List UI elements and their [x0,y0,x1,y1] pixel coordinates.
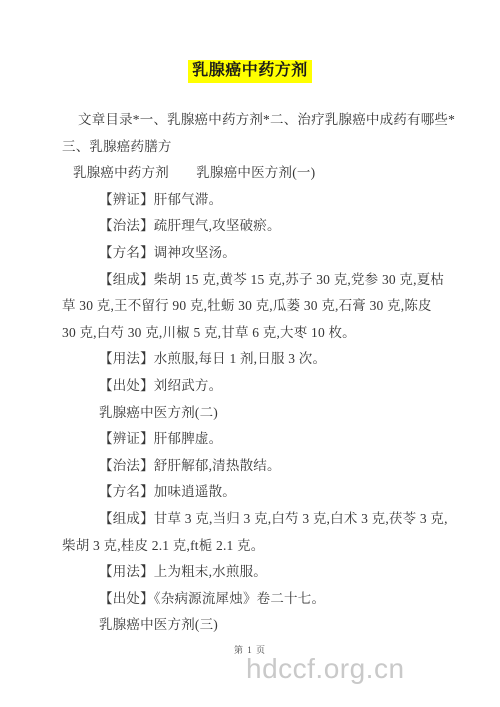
text-line: 【方名】调神攻坚汤。 [62,240,444,267]
document-page: 乳腺癌中药方剂 文章目录*一、乳腺癌中药方剂*二、治疗乳腺癌中成药有哪些* 三、… [0,0,500,707]
text-line: 【出处】刘绍武方。 [62,373,444,400]
text-line: 【用法】上为粗末,水煎服。 [62,559,444,586]
text-line: 三、乳腺癌药膳方 [62,134,444,161]
text-line: 乳腺癌中医方剂(二) [62,400,444,427]
text-line: 文章目录*一、乳腺癌中药方剂*二、治疗乳腺癌中成药有哪些* [62,107,444,134]
text-line: 【方名】加味逍遥散。 [62,479,444,506]
text-line: 柴胡 3 克,桂皮 2.1 克,ft栀 2.1 克。 [62,533,444,560]
text-line: 【出处】《杂病源流犀烛》卷二十七。 [62,586,444,613]
text-line: 【组成】柴胡 15 克,黄芩 15 克,苏子 30 克,党参 30 克,夏枯 [62,267,444,294]
text-line: 30 克,白芍 30 克,川椒 5 克,甘草 6 克,大枣 10 枚。 [62,320,444,347]
text-line: 【辨证】肝郁脾虚。 [62,426,444,453]
text-line: 【治法】舒肝解郁,清热散结。 [62,453,444,480]
text-line: 乳腺癌中医方剂(三) [62,612,444,639]
text-line: 【治法】疏肝理气,攻坚破瘀。 [62,213,444,240]
text-line: 【组成】甘草 3 克,当归 3 克,白芍 3 克,白术 3 克,茯苓 3 克, [62,506,444,533]
text-line: 【用法】水煎服,每日 1 剂,日服 3 次。 [62,346,444,373]
page-title-row: 乳腺癌中药方剂 [0,60,500,83]
document-body: 文章目录*一、乳腺癌中药方剂*二、治疗乳腺癌中成药有哪些* 三、乳腺癌药膳方 乳… [62,107,444,639]
text-line: 乳腺癌中药方剂 乳腺癌中医方剂(一) [62,160,444,187]
page-title: 乳腺癌中药方剂 [188,60,312,83]
text-line: 草 30 克,王不留行 90 克,牡蛎 30 克,瓜蒌 30 克,石膏 30 克… [62,293,444,320]
text-line: 【辨证】肝郁气滞。 [62,187,444,214]
watermark: hdccf.org.cn [246,655,405,683]
